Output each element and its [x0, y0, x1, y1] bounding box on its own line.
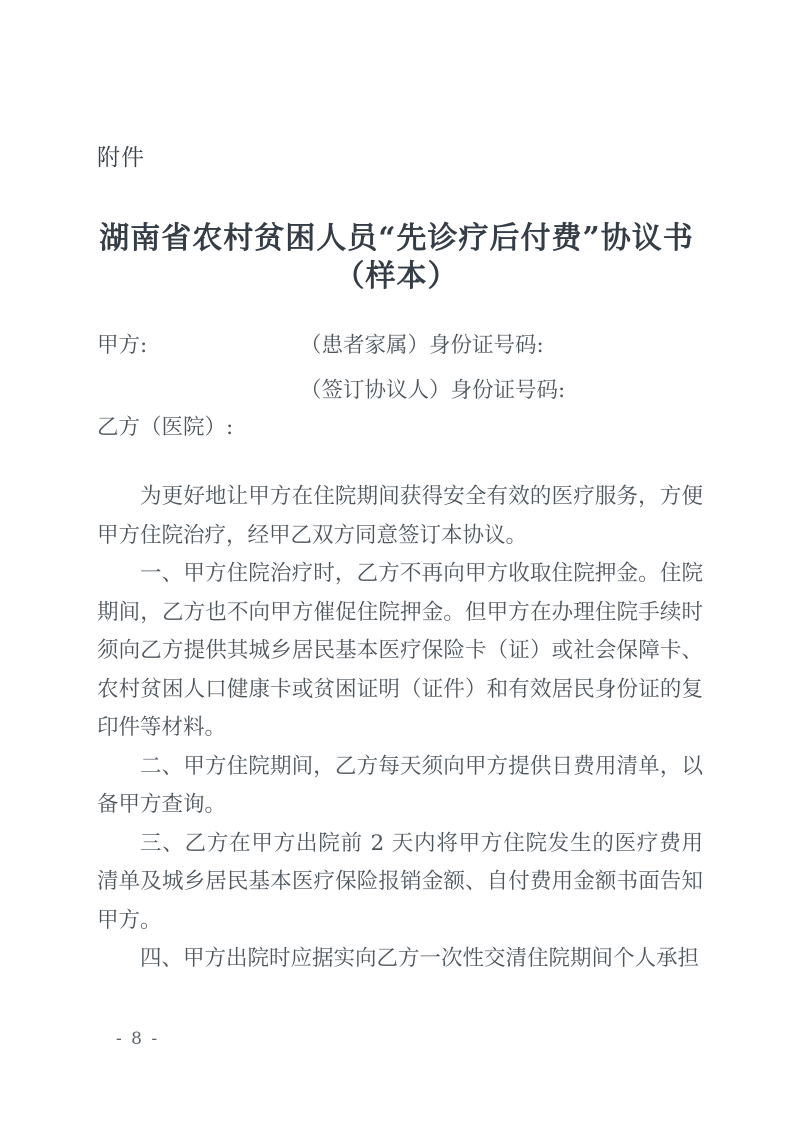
document-title: 湖南省农村贫困人员“先诊疗后付费”协议书 （样本）: [40, 220, 753, 296]
signer-id-label: （签订协议人）身份证号码:: [300, 377, 565, 405]
party-a-label: 甲方:: [97, 332, 300, 360]
document-page: 附件 湖南省农村贫困人员“先诊疗后付费”协议书 （样本） 甲方: （患者家属）身…: [0, 0, 793, 1123]
paragraph: 一、甲方住院治疗时，乙方不再向甲方收取住院押金。住院期间，乙方也不向甲方催促住院…: [97, 555, 703, 748]
signer-id-row: （签订协议人）身份证号码:: [97, 377, 703, 405]
patient-family-id-label: （患者家属）身份证号码:: [300, 332, 544, 360]
page-number: - 8 -: [116, 1028, 159, 1050]
agreement-body: 为更好地让甲方在住院期间获得安全有效的医疗服务，方便甲方住院治疗，经甲乙双方同意…: [97, 478, 703, 979]
party-a-spacer: [97, 377, 300, 405]
paragraph: 二、甲方住院期间，乙方每天须向甲方提供日费用清单，以备甲方查询。: [97, 748, 703, 825]
attachment-label: 附件: [97, 144, 145, 172]
document-title-line-2: （样本）: [40, 258, 753, 296]
parties-section: 甲方: （患者家属）身份证号码: （签订协议人）身份证号码: 乙方（医院）:: [97, 332, 703, 442]
party-b-label: 乙方（医院）:: [97, 414, 233, 442]
paragraph: 为更好地让甲方在住院期间获得安全有效的医疗服务，方便甲方住院治疗，经甲乙双方同意…: [97, 478, 703, 555]
paragraph: 四、甲方出院时应据实向乙方一次性交清住院期间个人承担: [97, 940, 703, 979]
paragraph: 三、乙方在甲方出院前 2 天内将甲方住院发生的医疗费用清单及城乡居民基本医疗保险…: [97, 825, 703, 941]
document-title-line-1: 湖南省农村贫困人员“先诊疗后付费”协议书: [40, 220, 753, 258]
party-b-row: 乙方（医院）:: [97, 414, 703, 442]
party-a-row: 甲方: （患者家属）身份证号码:: [97, 332, 703, 360]
